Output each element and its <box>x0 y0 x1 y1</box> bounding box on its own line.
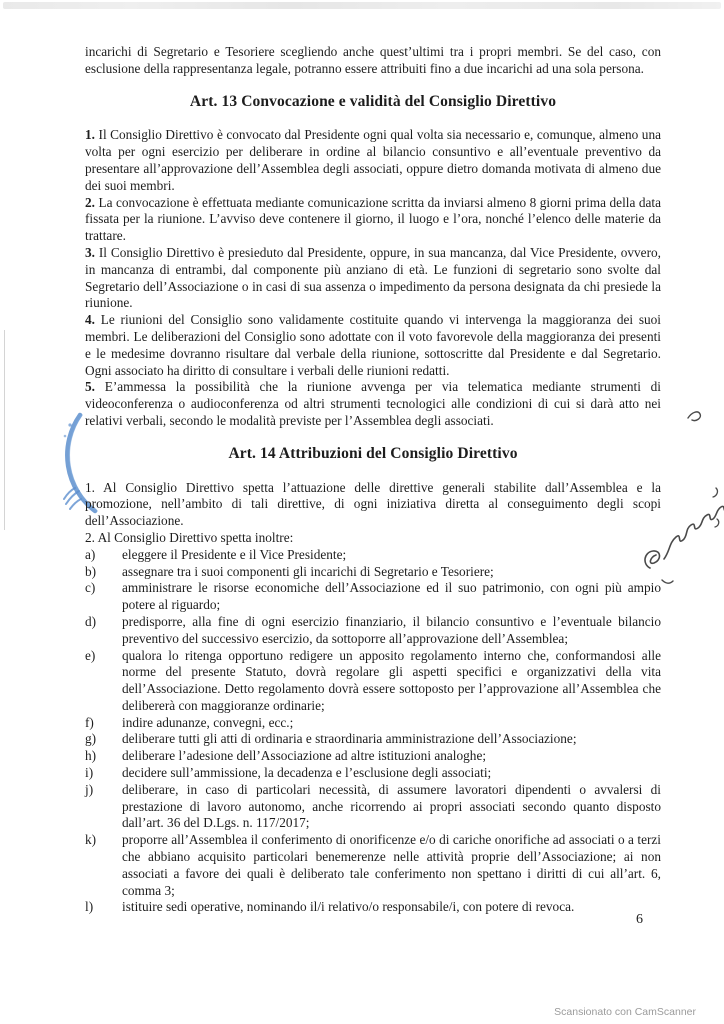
lettered-item-h: h)deliberare l’adesione dell’Associazion… <box>85 748 661 765</box>
item-letter: e) <box>85 648 122 715</box>
lettered-item-g: g)deliberare tutti gli atti di ordinaria… <box>85 731 661 748</box>
article-14-heading: Art. 14 Attribuzioni del Consiglio Diret… <box>85 446 661 463</box>
lettered-item-l: l)istituire sedi operative, nominando il… <box>85 899 661 916</box>
camscanner-watermark: Scansionato con CamScanner <box>554 1006 696 1018</box>
article-14-paragraph-2: 2. Al Consiglio Direttivo spetta inoltre… <box>85 530 661 547</box>
item-text: istituire sedi operative, nominando il/i… <box>122 899 661 916</box>
article-13-item-4: 4. Le riunioni del Consiglio sono valida… <box>85 312 661 379</box>
item-number: 3. <box>85 245 95 260</box>
scanned-document-page: { "page": { "number": "6", "scanner_cred… <box>0 0 724 1024</box>
document-text-block: incarichi di Segretario e Tesoriere sceg… <box>85 44 661 916</box>
item-letter: c) <box>85 580 122 614</box>
item-text: predisporre, alla fine di ogni esercizio… <box>122 614 661 648</box>
item-letter: j) <box>85 782 122 832</box>
item-text: assegnare tra i suoi componenti gli inca… <box>122 564 661 581</box>
item-number: 1. <box>85 127 95 142</box>
item-letter: a) <box>85 547 122 564</box>
lettered-item-d: d)predisporre, alla fine di ogni eserciz… <box>85 614 661 648</box>
item-text: eleggere il Presidente e il Vice Preside… <box>122 547 661 564</box>
article-13-item-2: 2. La convocazione è effettuata mediante… <box>85 195 661 245</box>
item-text: proporre all’Assemblea il conferimento d… <box>122 832 661 899</box>
scan-crease-line <box>4 330 5 530</box>
article-13-item-1: 1. Il Consiglio Direttivo è convocato da… <box>85 127 661 194</box>
lettered-item-i: i)decidere sull’ammissione, la decadenza… <box>85 765 661 782</box>
page-number: 6 <box>636 912 643 928</box>
item-letter: b) <box>85 564 122 581</box>
lettered-item-c: c)amministrare le risorse economiche del… <box>85 580 661 614</box>
lettered-item-j: j)deliberare, in caso di particolari nec… <box>85 782 661 832</box>
item-text: amministrare le risorse economiche dell’… <box>122 580 661 614</box>
item-text: Le riunioni del Consiglio sono validamen… <box>85 312 661 377</box>
article-13-item-5: 5. E’ammessa la possibilità che la riuni… <box>85 379 661 429</box>
lettered-item-f: f)indire adunanze, convegni, ecc.; <box>85 715 661 732</box>
lettered-item-b: b)assegnare tra i suoi componenti gli in… <box>85 564 661 581</box>
item-number: 2. <box>85 195 95 210</box>
item-letter: i) <box>85 765 122 782</box>
item-text: indire adunanze, convegni, ecc.; <box>122 715 661 732</box>
item-text: decidere sull’ammissione, la decadenza e… <box>122 765 661 782</box>
scanner-edge-artifact <box>3 2 721 9</box>
item-text: deliberare l’adesione dell’Associazione … <box>122 748 661 765</box>
article-14-paragraph-1: 1. Al Consiglio Direttivo spetta l’attua… <box>85 480 661 530</box>
item-text: Il Consiglio Direttivo è convocato dal P… <box>85 127 661 192</box>
item-text: deliberare, in caso di particolari neces… <box>122 782 661 832</box>
lettered-item-e: e)qualora lo ritenga opportuno redigere … <box>85 648 661 715</box>
item-letter: l) <box>85 899 122 916</box>
intro-paragraph: incarichi di Segretario e Tesoriere sceg… <box>85 44 661 78</box>
item-text: La convocazione è effettuata mediante co… <box>85 195 661 244</box>
item-number: 4. <box>85 312 95 327</box>
item-text: Il Consiglio Direttivo è presieduto dal … <box>85 245 661 310</box>
item-letter: d) <box>85 614 122 648</box>
item-letter: h) <box>85 748 122 765</box>
item-letter: g) <box>85 731 122 748</box>
article-13-item-3: 3. Il Consiglio Direttivo è presieduto d… <box>85 245 661 312</box>
lettered-item-k: k)proporre all’Assemblea il conferimento… <box>85 832 661 899</box>
item-text: E’ammessa la possibilità che la riunione… <box>85 379 661 428</box>
item-text: qualora lo ritenga opportuno redigere un… <box>122 648 661 715</box>
item-letter: f) <box>85 715 122 732</box>
article-13-heading: Art. 13 Convocazione e validità del Cons… <box>85 94 661 111</box>
item-letter: k) <box>85 832 122 899</box>
lettered-item-a: a)eleggere il Presidente e il Vice Presi… <box>85 547 661 564</box>
item-text: deliberare tutti gli atti di ordinaria e… <box>122 731 661 748</box>
item-number: 5. <box>85 379 95 394</box>
